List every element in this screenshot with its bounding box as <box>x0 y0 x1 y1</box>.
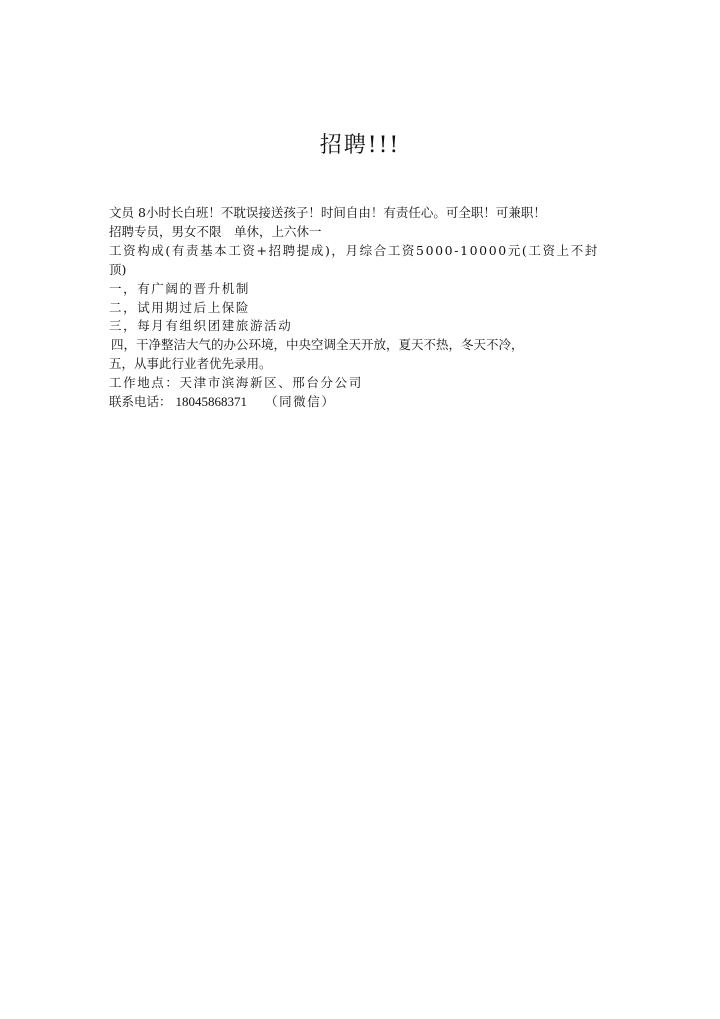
contact-phone: 18045868371 <box>176 394 248 409</box>
contact-note: （同微信） <box>265 394 336 409</box>
benefit-item-3: 三，每月有组织团建旅游活动 <box>109 317 619 336</box>
salary-line: 工资构成(有责基本工资+招聘提成)，月综合工资5000-10000元(工资上不封 <box>109 242 619 261</box>
position-line: 招聘专员，男女不限 单休，上六休一 <box>109 223 619 242</box>
benefit-item-2: 二，试用期过后上保险 <box>109 299 619 318</box>
work-location: 工作地点：天津市滨海新区、邢台分公司 <box>109 374 619 393</box>
benefit-item-4: 四，干净整洁大气的办公环境，中央空调全天开放，夏天不热，冬天不冷， <box>109 336 619 355</box>
contact-line: 联系电话： 18045868371 （同微信） <box>109 393 619 412</box>
intro-line: 文员 8小时长白班！不耽误接送孩子！时间自由！有责任心。可全职！可兼职！ <box>109 204 619 223</box>
salary-line-continued: 顶) <box>109 261 619 280</box>
job-posting-body: 文员 8小时长白班！不耽误接送孩子！时间自由！有责任心。可全职！可兼职！ 招聘专… <box>109 204 619 412</box>
benefit-item-5: 五，从事此行业者优先录用。 <box>109 355 619 374</box>
benefit-item-1: 一，有广阔的晋升机制 <box>109 280 619 299</box>
contact-label: 联系电话： <box>109 394 172 409</box>
page-title: 招聘!!! <box>0 131 720 161</box>
